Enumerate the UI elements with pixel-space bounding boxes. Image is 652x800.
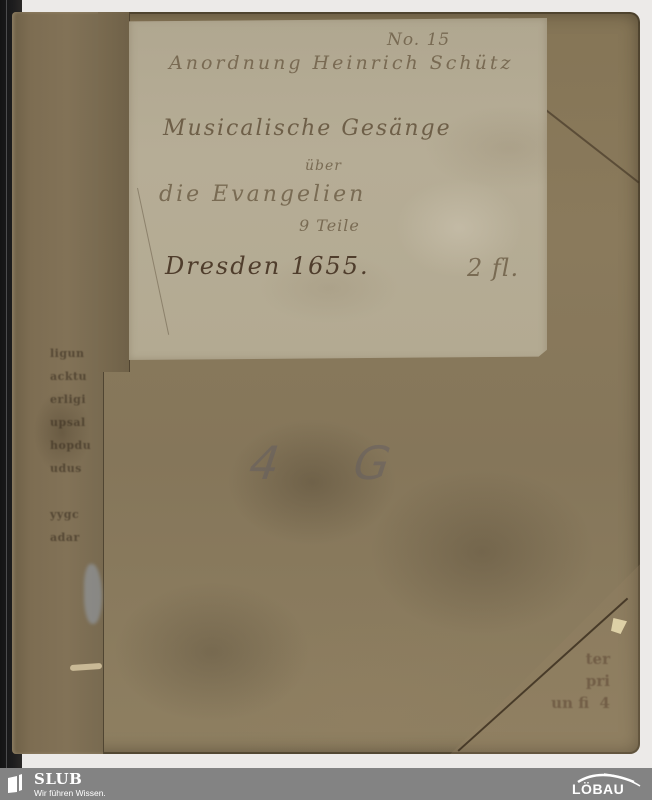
- handwritten-paper-label: No. 15 Anordnung Heinrich Schütz Musical…: [129, 18, 547, 360]
- slub-logo[interactable]: SLUB Wir führen Wissen.: [6, 772, 106, 799]
- lower-corner-fold: [450, 564, 640, 754]
- label-line-parts: 9 Teile: [299, 216, 360, 235]
- slub-name: SLUB: [34, 772, 106, 787]
- scanned-image-viewport: ligun acktu erligi upsal hopdu udus yygc…: [0, 0, 652, 768]
- label-line-price: 2 fl.: [467, 254, 519, 282]
- lobau-logo[interactable]: LÖBAU: [564, 770, 644, 798]
- lobau-name: LÖBAU: [572, 781, 624, 797]
- spine-inner-band: [98, 12, 130, 372]
- label-line-title: Musicalische Gesänge: [163, 116, 452, 141]
- book-icon: [6, 774, 24, 792]
- book-cover: ligun acktu erligi upsal hopdu udus yygc…: [12, 12, 640, 754]
- label-line-uber: über: [305, 158, 342, 174]
- spine-printed-waste-text: ligun acktu erligi upsal hopdu udus yygc…: [50, 342, 112, 549]
- slub-tagline: Wir führen Wissen.: [34, 788, 106, 799]
- pencil-shelfmark: 4 G: [241, 436, 428, 490]
- label-shelf-number: No. 15: [387, 30, 450, 50]
- label-line-author: Anordnung Heinrich Schütz: [169, 52, 514, 74]
- label-line-place-date: Dresden 1655.: [165, 252, 370, 280]
- viewer-footer-bar: SLUB Wir führen Wissen. LÖBAU: [0, 768, 652, 800]
- label-line-evangelien: die Evangelien: [159, 182, 366, 207]
